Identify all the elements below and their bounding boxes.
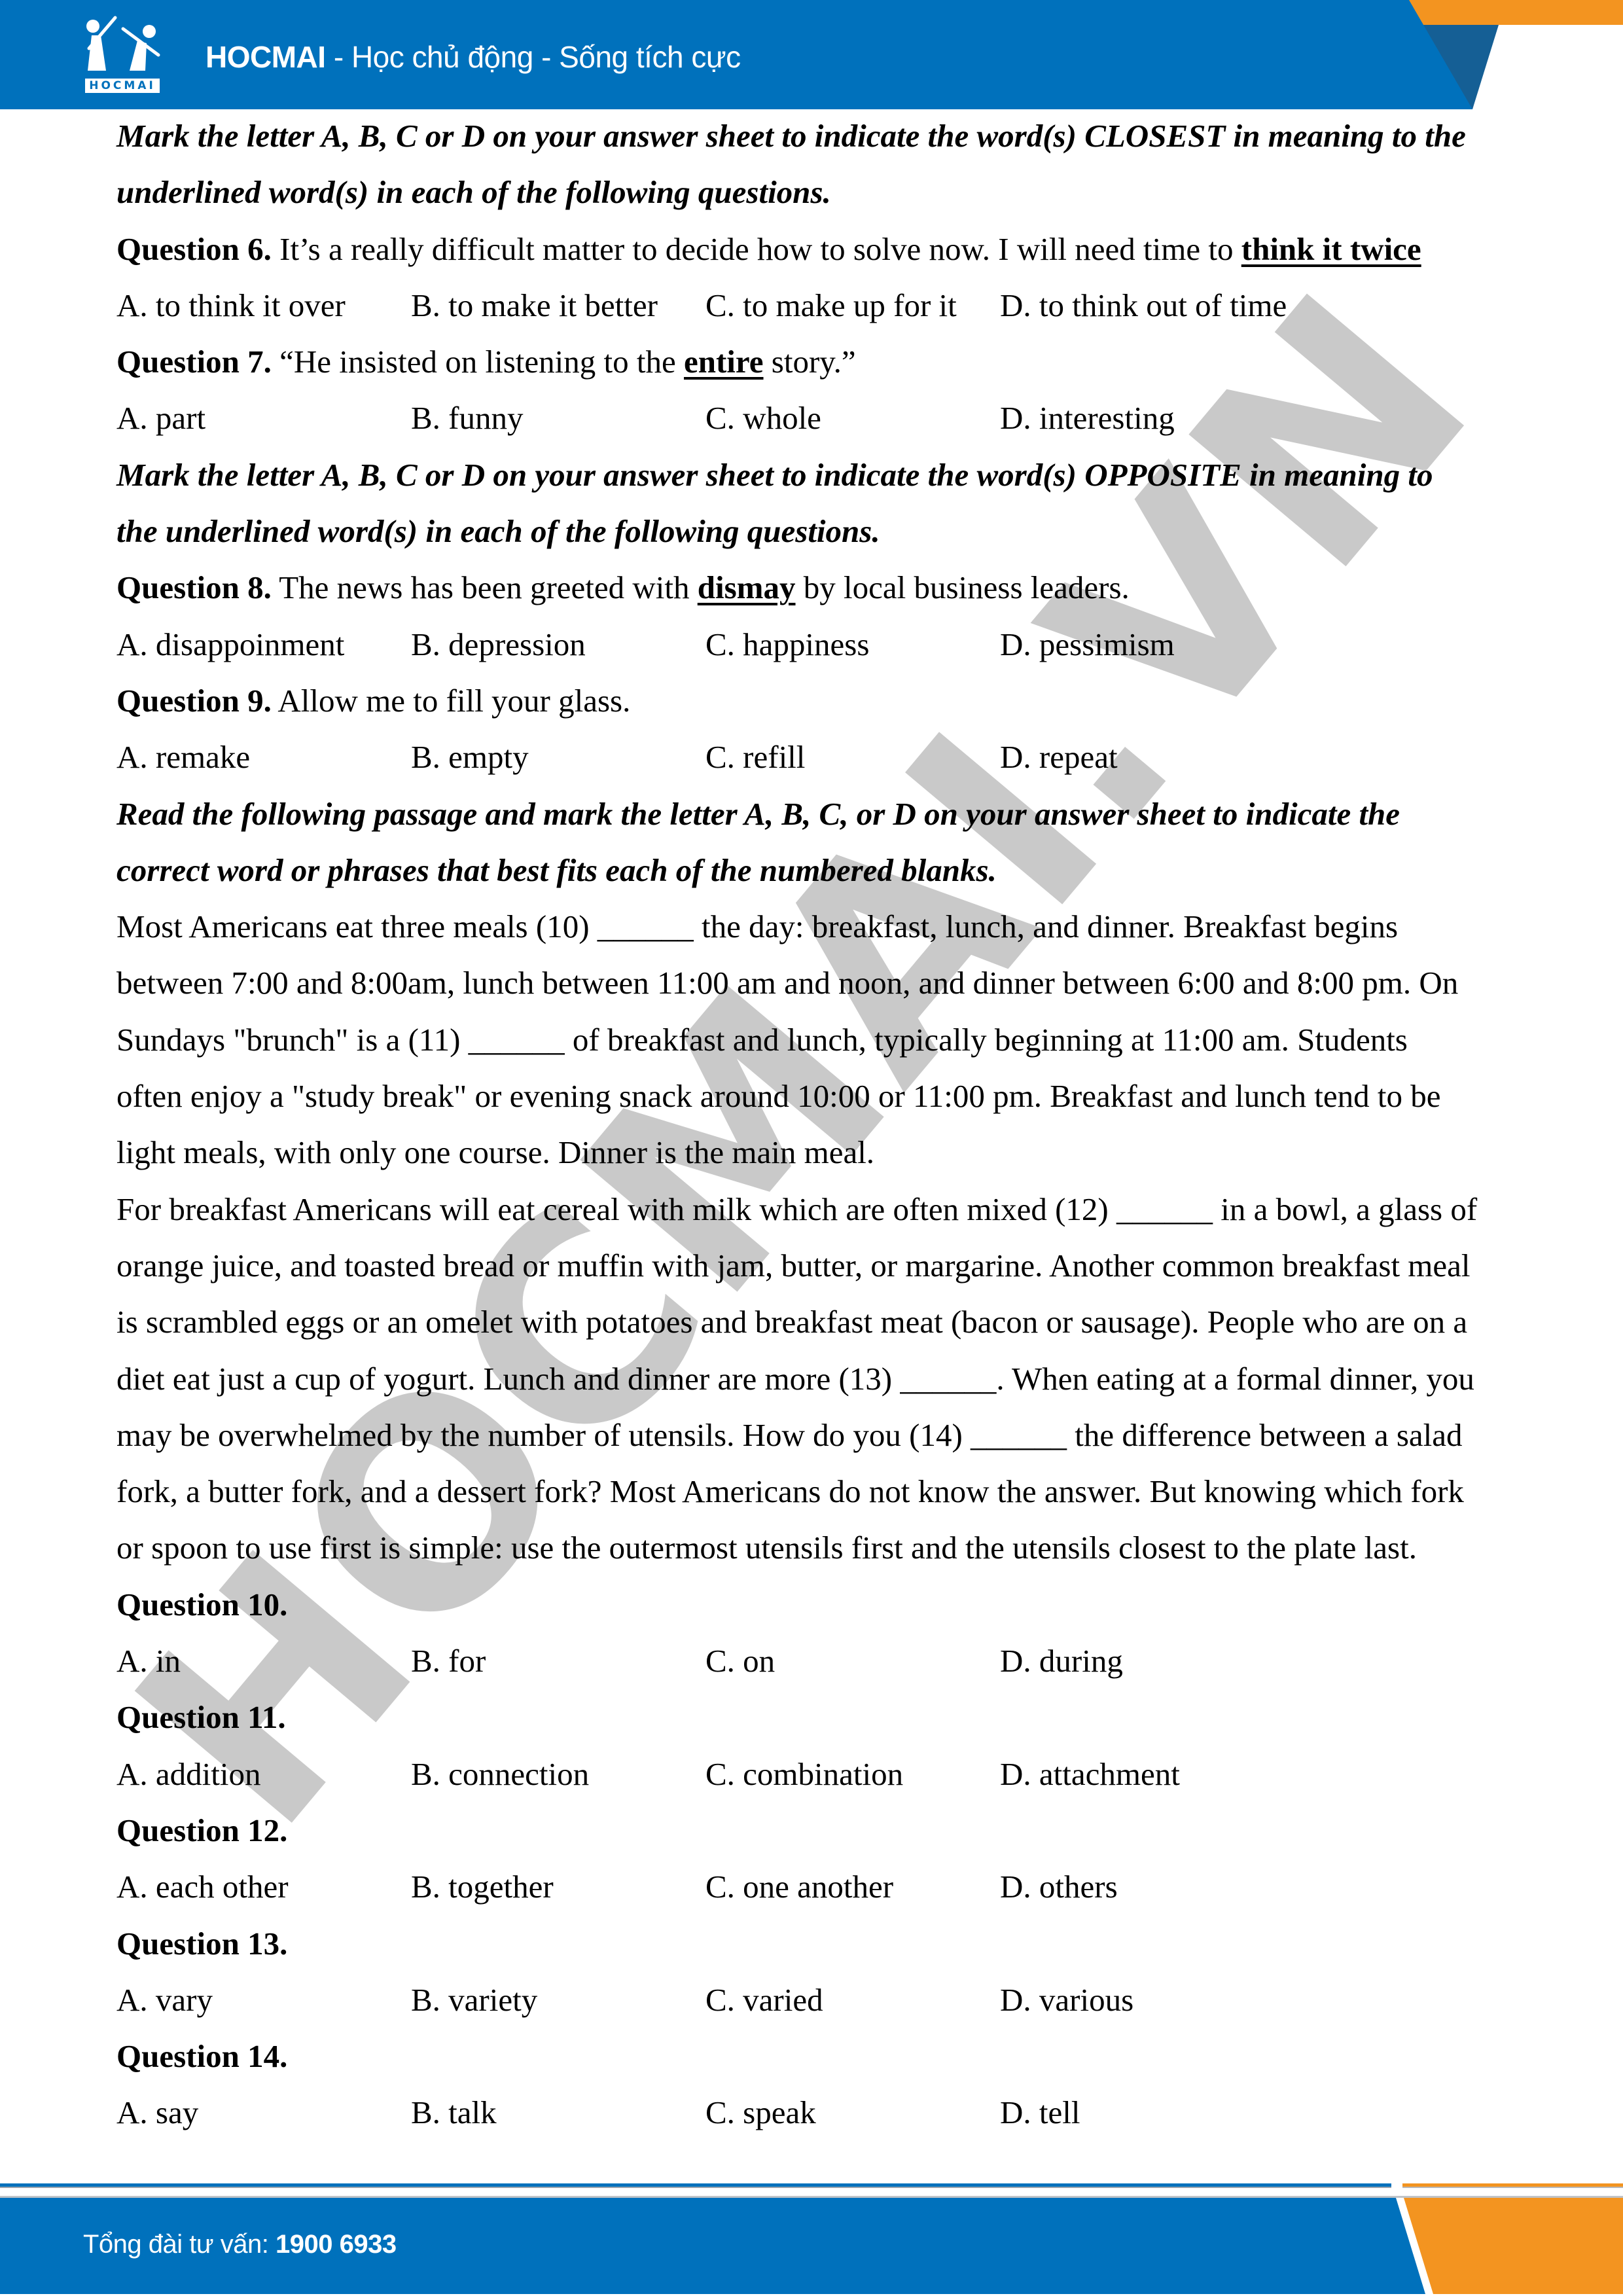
instruction-closest-line1: Mark the letter A, B, C or D on your ans… [116, 108, 1517, 164]
option-d[interactable]: D. attachment [1000, 1746, 1180, 1803]
option-d[interactable]: D. various [1000, 1972, 1133, 2028]
options-6: A. to think it over B. to make it better… [116, 278, 1517, 334]
brand-name: HOCMAI [205, 40, 326, 74]
logo-wordmark: HOCMAI [85, 79, 160, 93]
options-8: A. disappoinment B. depression C. happin… [116, 617, 1517, 673]
passage-paragraph-2: For breakfast Americans will eat cereal … [116, 1181, 1517, 1577]
passage-line: diet eat just a cup of yogurt. Lunch and… [116, 1351, 1517, 1407]
options-14: A. say B. talk C. speak D. tell [116, 2085, 1517, 2141]
option-a[interactable]: A. disappoinment [116, 617, 344, 673]
hotline: Tổng đài tư vấn: 1900 6933 [83, 2230, 397, 2259]
question-text: Allow me to fill your glass. [272, 683, 631, 719]
question-text: The news has been greeted with [272, 569, 698, 605]
passage-line: between 7:00 and 8:00am, lunch between 1… [116, 955, 1517, 1011]
hotline-number[interactable]: 1900 6933 [276, 2230, 397, 2259]
option-c[interactable]: C. combination [705, 1746, 903, 1803]
option-b[interactable]: B. funny [411, 390, 524, 446]
option-a[interactable]: A. addition [116, 1746, 260, 1803]
option-d[interactable]: D. to think out of time [1000, 278, 1287, 334]
passage-line: fork, a butter fork, and a dessert fork?… [116, 1463, 1517, 1520]
passage-paragraph-1: Most Americans eat three meals (10) ____… [116, 899, 1517, 1181]
option-d[interactable]: D. pessimism [1000, 617, 1175, 673]
instruction-opposite-line1: Mark the letter A, B, C or D on your ans… [116, 447, 1517, 503]
option-b[interactable]: B. to make it better [411, 278, 658, 334]
header-separator: - [326, 40, 351, 74]
question-text: “He insisted on listening to the [272, 344, 684, 380]
passage-line: Sundays "brunch" is a (11) ______ of bre… [116, 1012, 1517, 1068]
slogan: Học chủ động - Sống tích cực [351, 40, 741, 74]
option-c[interactable]: C. refill [705, 729, 805, 785]
header-title: HOCMAI - Học chủ động - Sống tích cực [205, 39, 741, 75]
exam-content: Mark the letter A, B, C or D on your ans… [116, 108, 1517, 2142]
option-c[interactable]: C. varied [705, 1972, 823, 2028]
underlined-word: dismay [698, 569, 796, 605]
option-b[interactable]: B. empty [411, 729, 529, 785]
passage-line: For breakfast Americans will eat cereal … [116, 1181, 1517, 1238]
question-label: Question 6. [116, 231, 272, 267]
question-12-label: Question 12. [116, 1803, 1517, 1859]
option-c[interactable]: C. one another [705, 1859, 893, 1915]
option-d[interactable]: D. others [1000, 1859, 1118, 1915]
question-label: Question 7. [116, 344, 272, 380]
question-10-label: Question 10. [116, 1577, 1517, 1633]
instruction-opposite-line2: the underlined word(s) in each of the fo… [116, 503, 1517, 560]
question-9: Question 9. Allow me to fill your glass. [116, 673, 1517, 729]
option-a[interactable]: A. vary [116, 1972, 213, 2028]
option-a[interactable]: A. part [116, 390, 205, 446]
options-11: A. addition B. connection C. combination… [116, 1746, 1517, 1803]
option-c[interactable]: C. speak [705, 2085, 816, 2141]
passage-line: light meals, with only one course. Dinne… [116, 1124, 1517, 1181]
option-c[interactable]: C. happiness [705, 617, 869, 673]
passage-line: is scrambled eggs or an omelet with pota… [116, 1294, 1517, 1350]
hocmai-logo[interactable]: HOCMAI [84, 14, 164, 93]
option-c[interactable]: C. on [705, 1633, 775, 1689]
hotline-label: Tổng đài tư vấn: [83, 2230, 276, 2259]
underlined-word: think it twice [1241, 231, 1421, 267]
option-b[interactable]: B. talk [411, 2085, 497, 2141]
option-a[interactable]: A. remake [116, 729, 250, 785]
options-10: A. in B. for C. on D. during [116, 1633, 1517, 1689]
instruction-passage-line2: correct word or phrases that best fits e… [116, 842, 1517, 899]
question-7: Question 7. “He insisted on listening to… [116, 334, 1517, 390]
question-text: It’s a really difficult matter to decide… [272, 231, 1241, 267]
options-13: A. vary B. variety C. varied D. various [116, 1972, 1517, 2028]
options-12: A. each other B. together C. one another… [116, 1859, 1517, 1915]
two-people-logo-icon [84, 14, 164, 75]
option-a[interactable]: A. to think it over [116, 278, 346, 334]
question-text-after: by local business leaders. [796, 569, 1130, 605]
underlined-word: entire [684, 344, 764, 380]
passage-line: orange juice, and toasted bread or muffi… [116, 1238, 1517, 1294]
question-text-after: story.” [764, 344, 856, 380]
option-c[interactable]: C. to make up for it [705, 278, 957, 334]
option-b[interactable]: B. connection [411, 1746, 589, 1803]
question-6: Question 6. It’s a really difficult matt… [116, 221, 1517, 278]
option-d[interactable]: D. interesting [1000, 390, 1175, 446]
question-label: Question 9. [116, 683, 272, 719]
option-a[interactable]: A. in [116, 1633, 181, 1689]
passage-line: often enjoy a "study break" or evening s… [116, 1068, 1517, 1124]
option-d[interactable]: D. repeat [1000, 729, 1118, 785]
option-b[interactable]: B. together [411, 1859, 554, 1915]
passage-line: or spoon to use first is simple: use the… [116, 1520, 1517, 1576]
option-c[interactable]: C. whole [705, 390, 821, 446]
passage-line: Most Americans eat three meals (10) ____… [116, 899, 1517, 955]
option-d[interactable]: D. during [1000, 1633, 1123, 1689]
question-11-label: Question 11. [116, 1689, 1517, 1746]
option-b[interactable]: B. variety [411, 1972, 537, 2028]
question-14-label: Question 14. [116, 2028, 1517, 2085]
option-d[interactable]: D. tell [1000, 2085, 1080, 2141]
option-b[interactable]: B. depression [411, 617, 586, 673]
question-label: Question 8. [116, 569, 272, 605]
instruction-closest-line2: underlined word(s) in each of the follow… [116, 164, 1517, 221]
option-b[interactable]: B. for [411, 1633, 486, 1689]
question-13-label: Question 13. [116, 1916, 1517, 1972]
options-7: A. part B. funny C. whole D. interesting [116, 390, 1517, 446]
question-8: Question 8. The news has been greeted wi… [116, 560, 1517, 616]
option-a[interactable]: A. say [116, 2085, 198, 2141]
instruction-passage-line1: Read the following passage and mark the … [116, 786, 1517, 842]
option-a[interactable]: A. each other [116, 1859, 289, 1915]
passage-line: may be overwhelmed by the number of uten… [116, 1407, 1517, 1463]
options-9: A. remake B. empty C. refill D. repeat [116, 729, 1517, 785]
